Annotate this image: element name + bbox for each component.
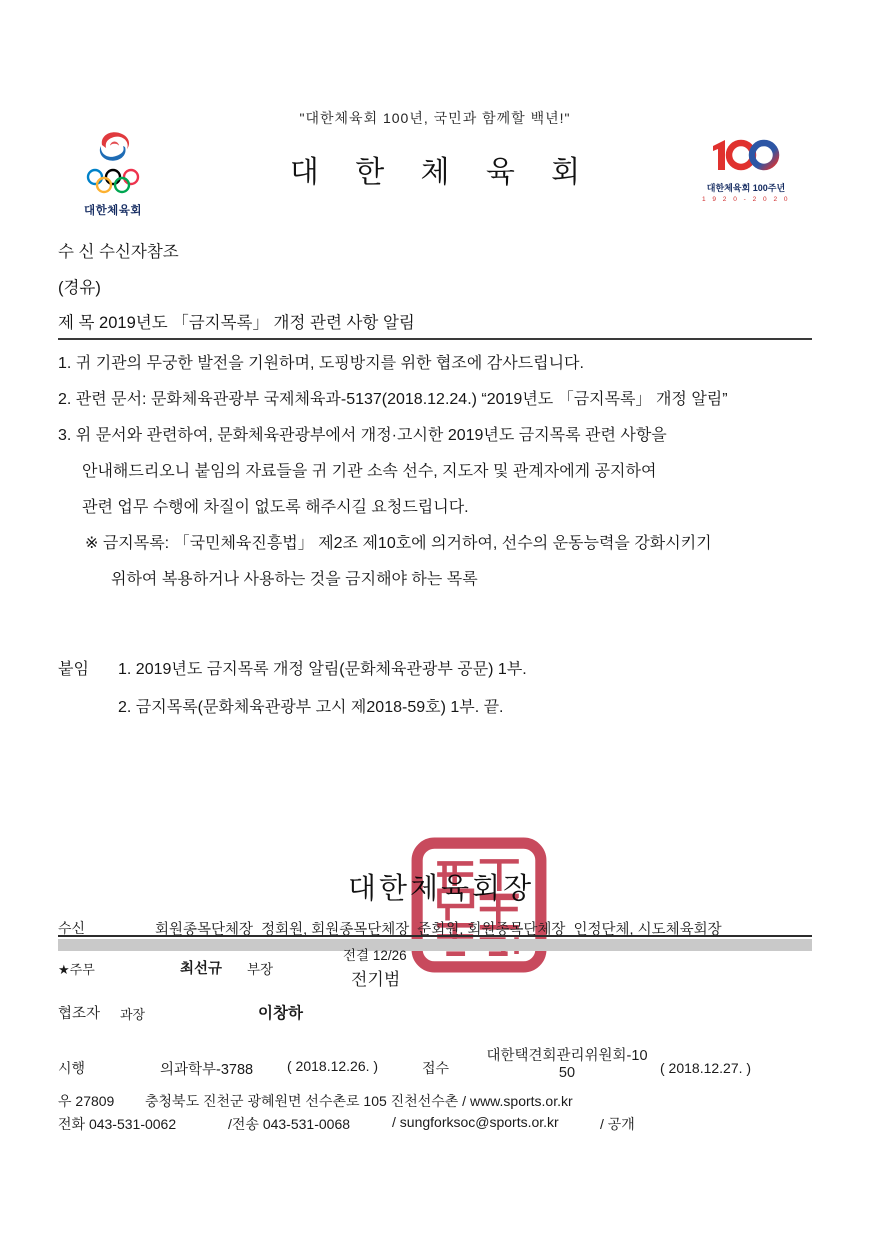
body-note-line: 위하여 복용하거나 사용하는 것을 금지해야 하는 목록	[58, 562, 818, 598]
header-slogan: "대한체육회 100년, 국민과 함께할 백년!"	[0, 108, 870, 128]
via-line: (경유)	[58, 274, 101, 298]
fax: /전송 043-531-0068	[228, 1114, 350, 1134]
issue-date: ( 2018.12.26. )	[287, 1058, 378, 1074]
receipt-number: 대한택견회관리위원회-10 50	[476, 1048, 658, 1082]
cooperator-label: 협조자	[58, 1002, 100, 1023]
subject-divider	[58, 338, 812, 340]
approval-label: 전결 12/26	[343, 944, 407, 964]
subject-line: 제 목 2019년도 「금지목록」 개정 관련 사항 알림	[58, 309, 415, 333]
body-note-line: ※ 금지목록: 「국민체육진흥법」 제2조 제10호에 의거하여, 선수의 운동…	[58, 526, 818, 562]
drafter-title: 부장	[247, 958, 273, 978]
cooperator-name: 이창하	[258, 1001, 303, 1023]
approval-block: 전결 12/26 전기범	[343, 944, 407, 990]
receipt-label: 접수	[422, 1058, 449, 1078]
zip-code: 우 27809	[58, 1091, 114, 1111]
drafter-name: 최선규	[180, 957, 222, 978]
centennial-100-logo: 대한체육회 100주년 1 9 2 0 - 2 0 2 0	[698, 136, 794, 203]
body-line: 3. 위 문서와 관련하여, 문화체육관광부에서 개정·고시한 2019년도 금…	[58, 418, 818, 454]
centennial-years: 1 9 2 0 - 2 0 2 0	[698, 196, 794, 203]
body-line: 안내해드리오니 붙임의 자료들을 귀 기관 소속 선수, 지도자 및 관계자에게…	[58, 454, 818, 490]
issue-number: 의과학부-3788	[160, 1058, 253, 1079]
body-line: 1. 귀 기관의 무궁한 발전을 기원하며, 도핑방지를 위한 협조에 감사드립…	[58, 346, 818, 382]
telephone: 전화 043-531-0062	[58, 1114, 176, 1134]
footer-gray-bar	[58, 939, 812, 951]
body-text: 1. 귀 기관의 무궁한 발전을 기원하며, 도핑방지를 위한 협조에 감사드립…	[58, 346, 818, 598]
official-document-page: "대한체육회 100년, 국민과 함께할 백년!" 대한체육회 대 한 체 육 …	[0, 0, 870, 1238]
centennial-100-icon	[705, 136, 787, 174]
centennial-label: 대한체육회 100주년	[698, 181, 794, 194]
attachment-row: 2. 금지목록(문화체육관광부 고시 제2018-59호) 1부. 끝.	[58, 689, 818, 727]
attachment-row: 붙임 1. 2019년도 금지목록 개정 알림(문화체육관광부 공문) 1부.	[58, 651, 818, 689]
footer-divider	[58, 935, 812, 937]
attachments-label: 붙임	[58, 651, 89, 689]
body-line: 2. 관련 문서: 문화체육관광부 국제체육과-5137(2018.12.24.…	[58, 382, 818, 418]
address: 충청북도 진천군 광혜원면 선수촌로 105 진천선수촌 / www.sport…	[145, 1091, 573, 1111]
receipt-number-line1: 대한택견회관리위원회-10	[476, 1048, 658, 1065]
issue-label: 시행	[58, 1058, 85, 1078]
attachment-item: 1. 2019년도 금지목록 개정 알림(문화체육관광부 공문) 1부.	[118, 661, 527, 678]
drafter-label: ★주무	[58, 959, 95, 978]
body-line: 관련 업무 수행에 차질이 없도록 해주시길 요청드립니다.	[58, 490, 818, 526]
email: / sungforksoc@sports.or.kr	[392, 1114, 559, 1130]
official-seal-stamp	[408, 833, 550, 977]
ksoc-logo-label: 대한체육회	[78, 202, 148, 218]
recipient-line: 수 신 수신자참조	[58, 238, 179, 262]
attachments-block: 붙임 1. 2019년도 금지목록 개정 알림(문화체육관광부 공문) 1부. …	[58, 651, 818, 727]
cooperator-title: 과장	[120, 1004, 145, 1023]
attachment-item: 2. 금지목록(문화체육관광부 고시 제2018-59호) 1부. 끝.	[118, 699, 504, 716]
disclosure-status: / 공개	[600, 1114, 635, 1134]
receipt-number-line2: 50	[476, 1065, 658, 1082]
receipt-date: ( 2018.12.27. )	[660, 1060, 751, 1076]
approver-name: 전기범	[343, 965, 407, 990]
